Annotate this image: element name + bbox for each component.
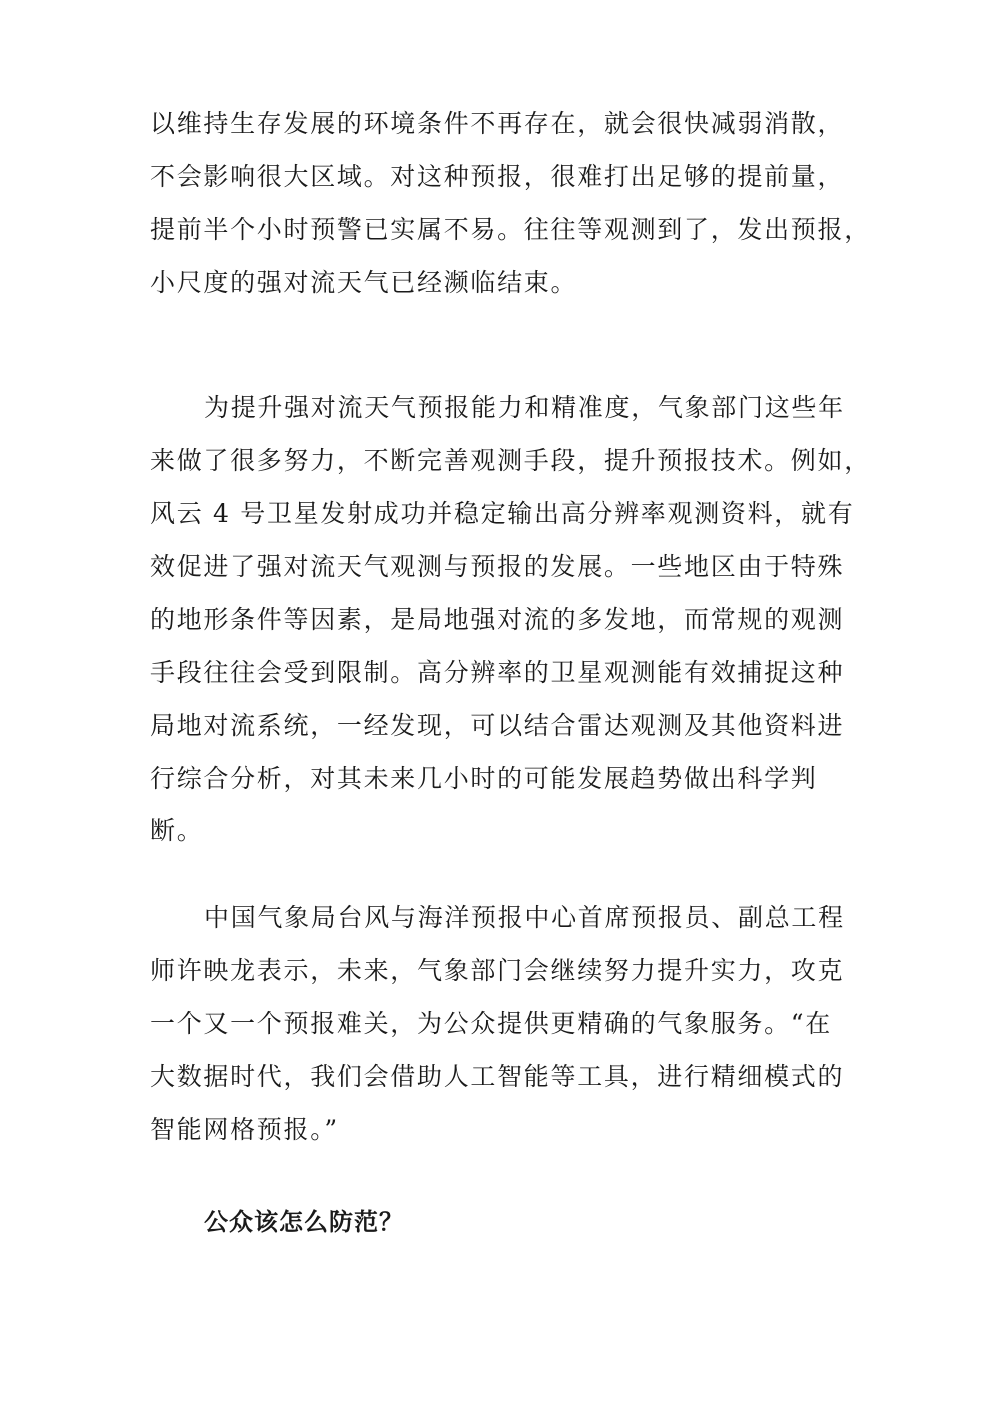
text-line: 局地对流系统，一经发现，可以结合雷达观测及其他资料进: [150, 699, 844, 752]
text-line: 一个又一个预报难关，为公众提供更精确的气象服务。“在: [150, 997, 832, 1050]
section-heading: 公众该怎么防范？: [204, 1196, 404, 1249]
text-line: 以维持生存发展的环境条件不再存在，就会很快减弱消散，: [150, 97, 844, 150]
text-line: 行综合分析，对其未来几小时的可能发展趋势做出科学判: [150, 752, 818, 805]
text-line: 不会影响很大区域。对这种预报，很难打出足够的提前量，: [150, 150, 844, 203]
text-line: 大数据时代，我们会借助人工智能等工具，进行精细模式的: [150, 1050, 844, 1103]
text-line: 小尺度的强对流天气已经濒临结束。: [150, 256, 577, 309]
text-line: 的地形条件等因素，是局地强对流的多发地，而常规的观测: [150, 593, 844, 646]
text-line: 效促进了强对流天气观测与预报的发展。一些地区由于特殊: [150, 540, 844, 593]
text-line: 师许映龙表示，未来，气象部门会继续努力提升实力，攻克: [150, 944, 844, 997]
text-line: 智能网格预报。”: [150, 1103, 339, 1156]
text-line: 为提升强对流天气预报能力和精准度，气象部门这些年: [204, 381, 845, 434]
text-line: 提前半个小时预警已实属不易。往往等观测到了，发出预报，: [150, 203, 871, 256]
text-line: 风云 4 号卫星发射成功并稳定输出高分辨率观测资料，就有: [150, 487, 854, 540]
text-line: 中国气象局台风与海洋预报中心首席预报员、副总工程: [204, 891, 845, 944]
text-line: 断。: [150, 804, 203, 857]
text-line: 来做了很多努力，不断完善观测手段，提升预报技术。例如，: [150, 434, 871, 487]
text-line: 手段往往会受到限制。高分辨率的卫星观测能有效捕捉这种: [150, 646, 844, 699]
